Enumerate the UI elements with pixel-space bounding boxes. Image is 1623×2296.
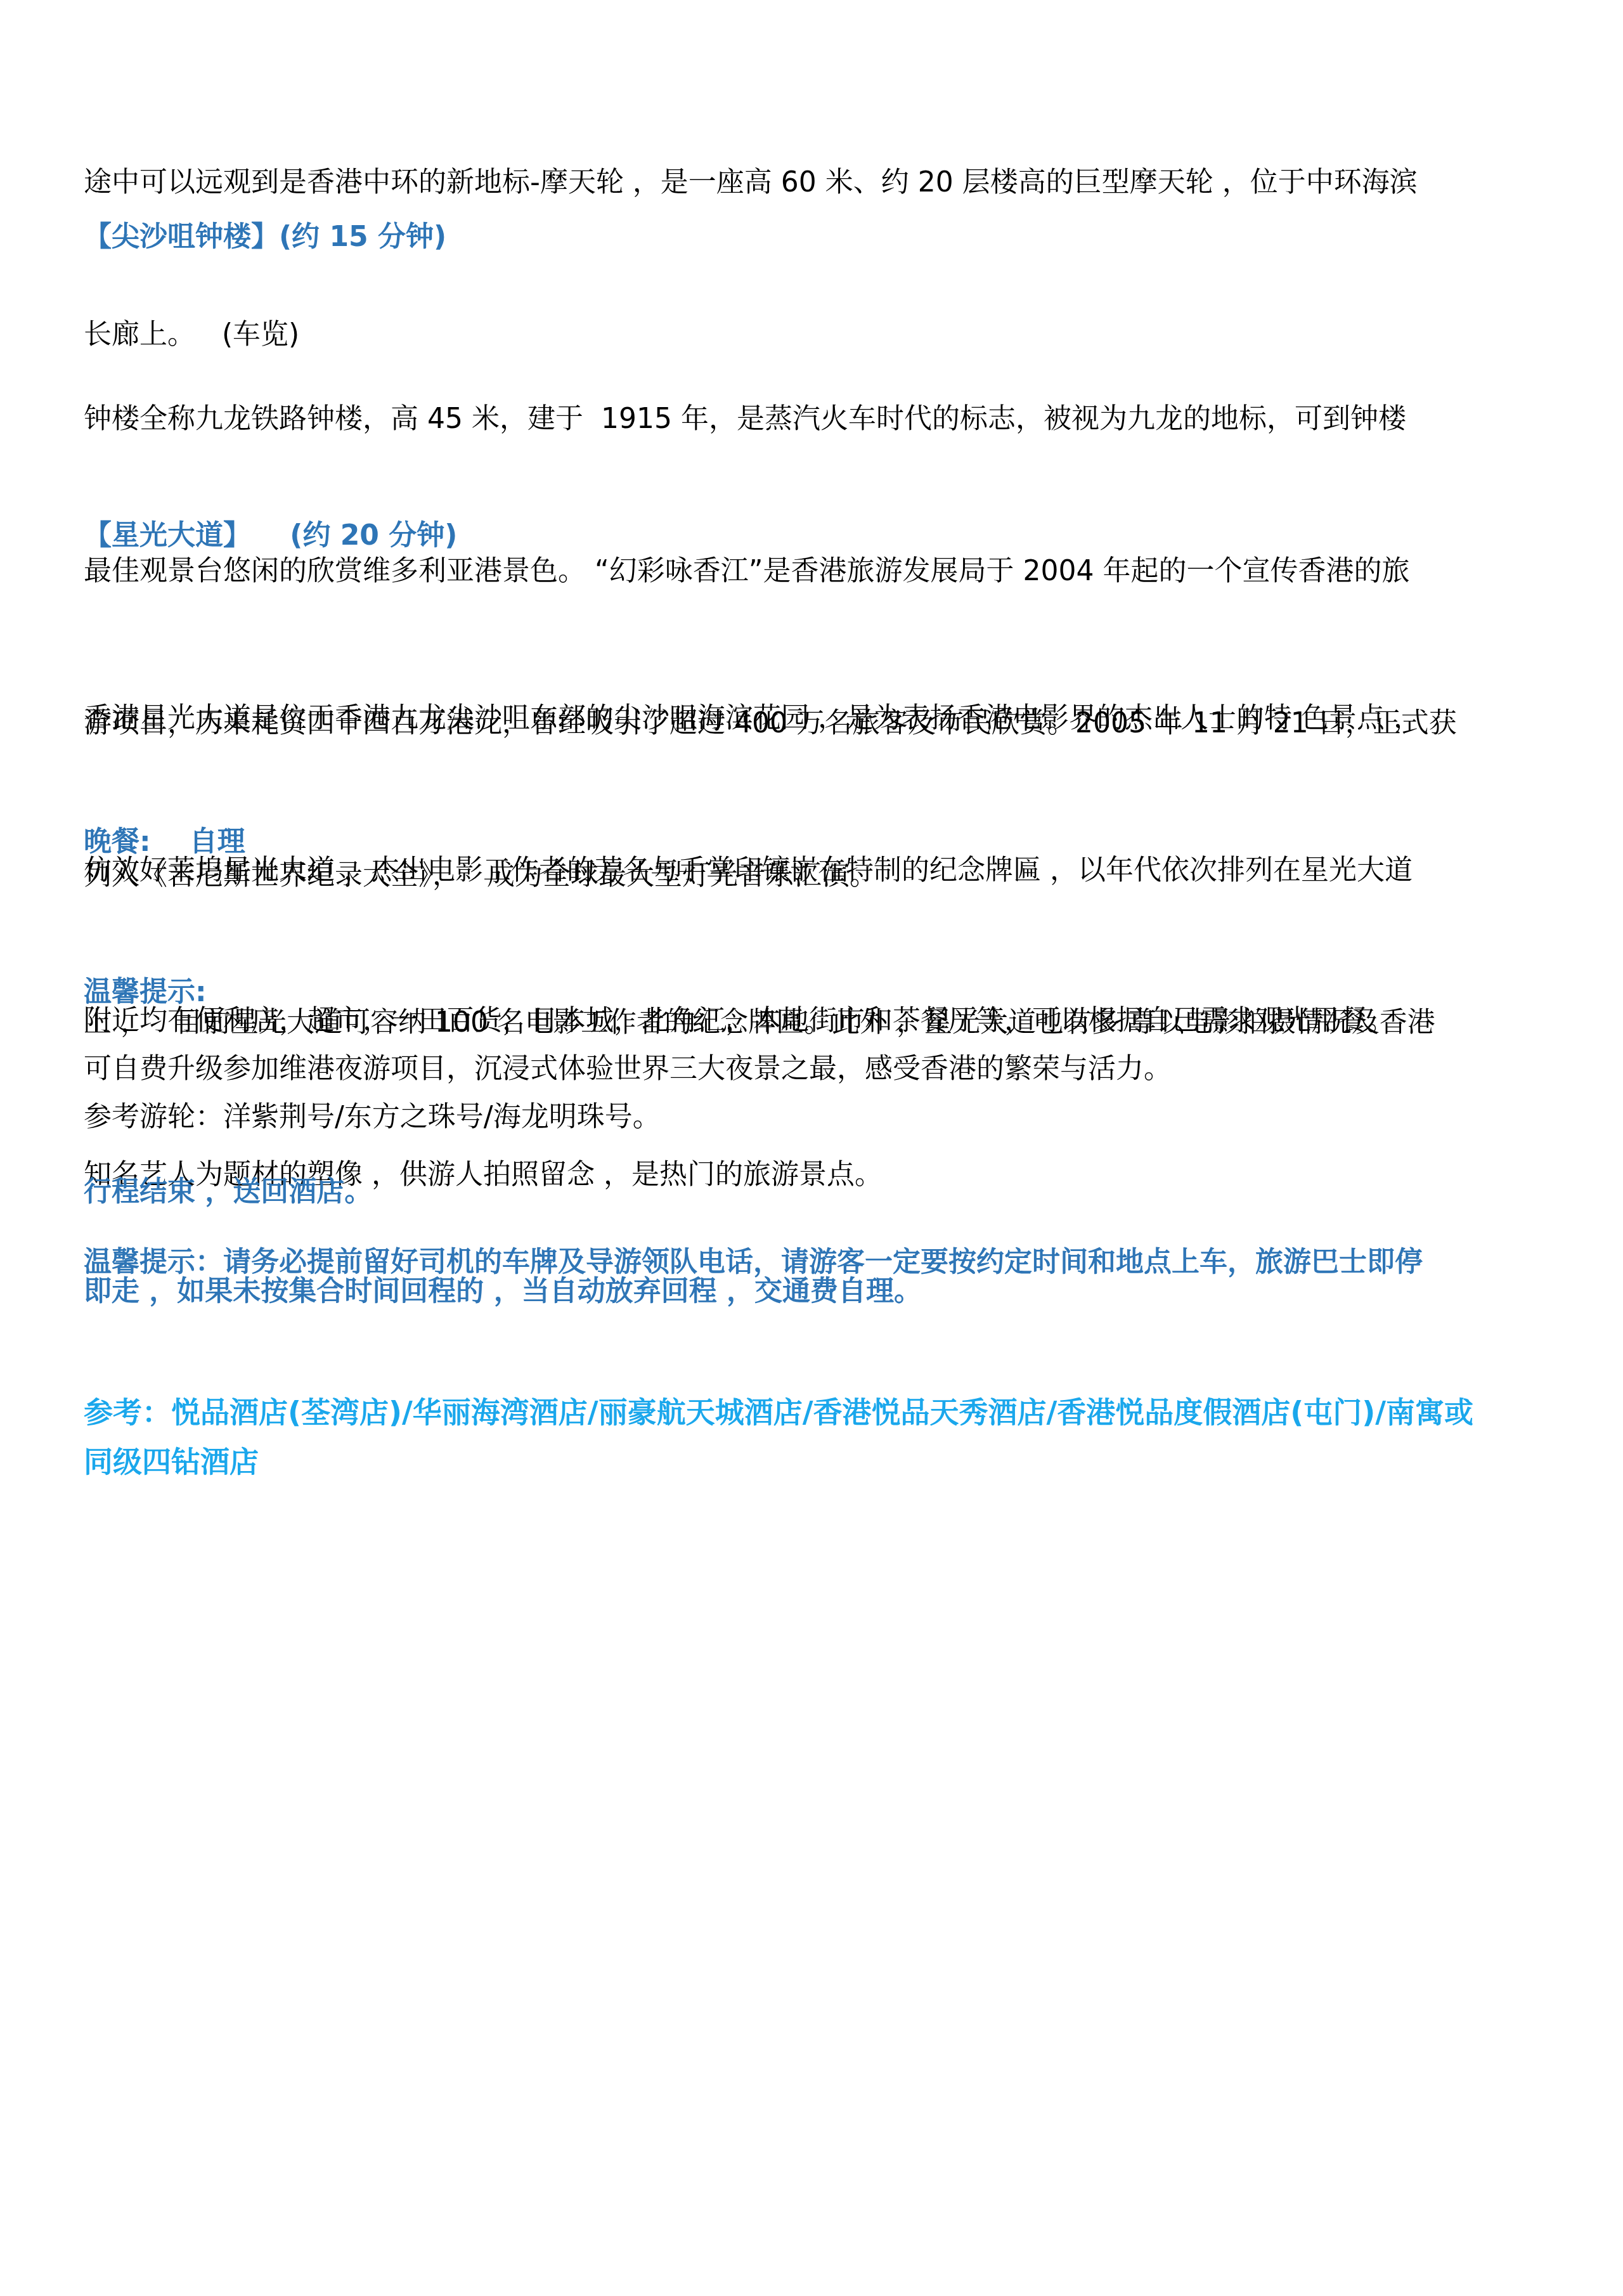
reminder-notice: 温馨提示：请务必提前留好司机的车牌及导游领队电话，请游客一定要按约定时间和地点上…: [84, 1248, 1542, 1306]
hotel-reference-line-1: 参考：悦品酒店(荃湾店)/华丽海湾酒店/丽豪航天城酒店/香港悦品天秀酒店/香港悦…: [84, 1387, 1542, 1437]
tips-paragraph: 可自费升级参加维港夜游项目，沉浸式体验世界三大夜景之最，感受香港的繁荣与活力。 …: [84, 1045, 1542, 1141]
intro-line-1: 途中可以远观到是香港中环的新地标-摩天轮 ，是一座高 60 米、约 20 层楼高…: [84, 157, 1542, 208]
reminder-line-1: 温馨提示：请务必提前留好司机的车牌及导游领队电话，请游客一定要按约定时间和地点上…: [84, 1248, 1542, 1277]
reminder-line-2: 即走 ，如果未按集合时间回程的 ，当自动放弃回程 ，交通费自理。: [84, 1277, 1542, 1306]
avenue-line-1: 香港星光大道是位于香港九龙尖沙咀东部的尖沙咀海滨花园 ，是为表扬香港电影界的杰出…: [84, 693, 1542, 744]
hotel-reference-line-2: 同级四钻酒店: [84, 1437, 1542, 1486]
dinner-heading: 晚餐: 自理: [84, 823, 1542, 861]
hotel-reference: 参考：悦品酒店(荃湾店)/华丽海湾酒店/丽豪航天城酒店/香港悦品天秀酒店/香港悦…: [84, 1387, 1542, 1486]
clock-tower-line-1: 钟楼全称九龙铁路钟楼，高 45 米，建于 1915 年，是蒸汽火车时代的标志，被…: [84, 394, 1542, 444]
clock-tower-heading: 【尖沙咀钟楼】(约 15 分钟): [84, 218, 1542, 256]
tips-heading: 温馨提示:: [84, 973, 1542, 1011]
avenue-of-stars-heading: 【星光大道】 (约 20 分钟): [84, 517, 1542, 555]
end-of-day-text: 行程结束 ，送回酒店。: [84, 1173, 1542, 1211]
tips-line-1: 可自费升级参加维港夜游项目，沉浸式体验世界三大夜景之最，感受香港的繁荣与活力。: [84, 1045, 1542, 1093]
tips-line-2: 参考游轮：洋紫荆号/东方之珠号/海龙明珠号。: [84, 1093, 1542, 1141]
